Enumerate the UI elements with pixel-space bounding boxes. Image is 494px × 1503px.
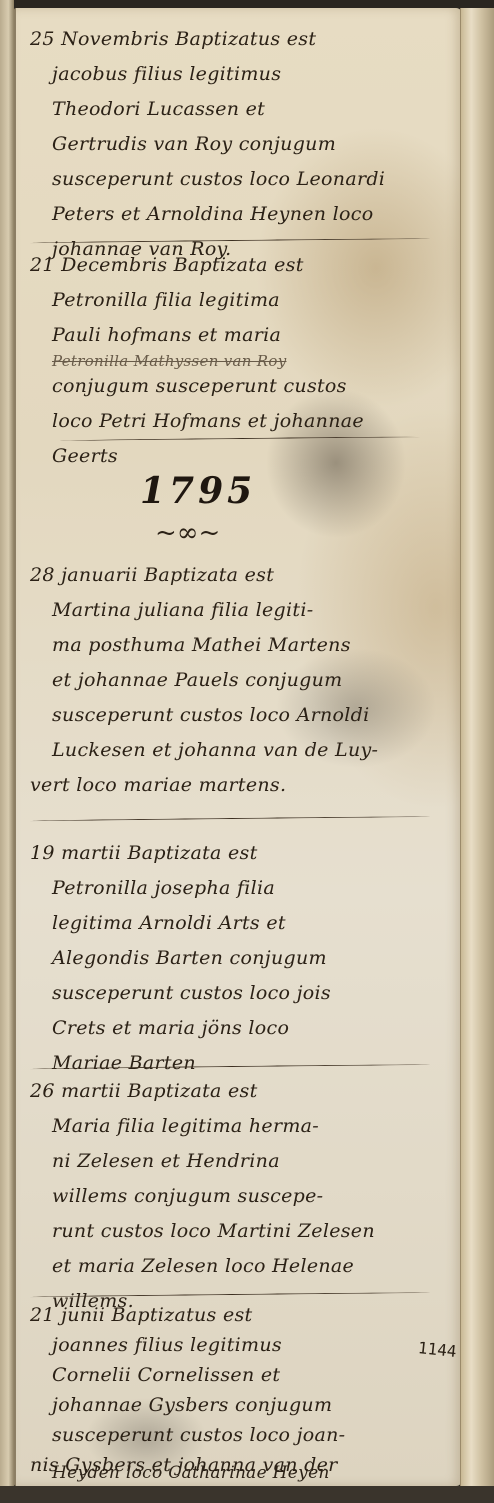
entry-line: Crets et maria jöns loco bbox=[30, 1011, 440, 1046]
entry-line: runt custos loco Martini Zelesen bbox=[30, 1214, 440, 1249]
year-heading: 1795 bbox=[140, 470, 256, 512]
entry-line: Heyden loco Catharinae Heyen bbox=[30, 1462, 440, 1484]
entry-line: conjugum susceperunt custos bbox=[30, 369, 440, 404]
entry-line: 25 Novembris Baptizatus est bbox=[30, 22, 440, 57]
entry-line: Petronilla filia legitima bbox=[30, 283, 440, 318]
entry-line: loco Petri Hofmans et johannae bbox=[30, 404, 440, 439]
entry-line: susceperunt custos loco Arnoldi bbox=[30, 698, 440, 733]
entry-line: Luckesen et johanna van de Luy- bbox=[30, 733, 440, 768]
entry-line: Pauli hofmans et maria bbox=[30, 318, 440, 353]
entry-line: susceperunt custos loco joan- bbox=[30, 1420, 440, 1450]
entry-25-novembris: 25 Novembris Baptizatus est jacobus fili… bbox=[30, 22, 440, 267]
entry-line: willems conjugum suscepe- bbox=[30, 1179, 440, 1214]
entry-line: ma posthuma Mathei Martens bbox=[30, 628, 440, 663]
entry-19-martii: 19 martii Baptizata est Petronilla josep… bbox=[30, 836, 440, 1081]
entry-line: Alegondis Barten conjugum bbox=[30, 941, 440, 976]
margin-number: 1144 bbox=[417, 1338, 457, 1361]
entry-28-januarii: 28 januarii Baptizata est Martina julian… bbox=[30, 558, 440, 803]
entry-line: Gertrudis van Roy conjugum bbox=[30, 127, 440, 162]
entry-line: 21 junii Baptizatus est bbox=[30, 1300, 440, 1330]
entry-line: 26 martii Baptizata est bbox=[30, 1074, 440, 1109]
entry-line: vert loco mariae martens. bbox=[30, 768, 440, 803]
entry-line: legitima Arnoldi Arts et bbox=[30, 906, 440, 941]
entry-26-martii: 26 martii Baptizata est Maria filia legi… bbox=[30, 1074, 440, 1319]
entry-line: 21 Decembris Baptizata est bbox=[30, 248, 440, 283]
entry-line: susceperunt custos loco Leonardi bbox=[30, 162, 440, 197]
entry-line: jacobus filius legitimus bbox=[30, 57, 440, 92]
entry-line: et maria Zelesen loco Helenae bbox=[30, 1249, 440, 1284]
entry-line: joannes filius legitimus bbox=[30, 1330, 440, 1360]
struck-through-line: Petronilla Mathyssen van Roy bbox=[30, 353, 440, 369]
entry-line: Geerts bbox=[30, 439, 440, 474]
entry-line: 19 martii Baptizata est bbox=[30, 836, 440, 871]
book-gutter bbox=[0, 0, 14, 1503]
entry-line: Cornelii Cornelissen et bbox=[30, 1360, 440, 1390]
entry-line: Martina juliana filia legiti- bbox=[30, 593, 440, 628]
entry-21-junii: 21 junii Baptizatus est joannes filius l… bbox=[30, 1300, 440, 1480]
entry-line: ni Zelesen et Hendrina bbox=[30, 1144, 440, 1179]
entry-line: johannae Gysbers conjugum bbox=[30, 1390, 440, 1420]
flourish-ornament: ~∞~ bbox=[155, 518, 220, 548]
entry-line: Maria filia legitima herma- bbox=[30, 1109, 440, 1144]
entry-line: Theodori Lucassen et bbox=[30, 92, 440, 127]
entry-21-junii-last-line: Heyden loco Catharinae Heyen bbox=[30, 1462, 440, 1484]
entry-line: 28 januarii Baptizata est bbox=[30, 558, 440, 593]
entry-line: Petronilla josepha filia bbox=[30, 871, 440, 906]
entry-line: et johannae Pauels conjugum bbox=[30, 663, 440, 698]
book-bottom-edge bbox=[0, 1486, 494, 1503]
entry-line: Peters et Arnoldina Heynen loco bbox=[30, 197, 440, 232]
entry-line: susceperunt custos loco jois bbox=[30, 976, 440, 1011]
page-edge bbox=[460, 8, 494, 1488]
